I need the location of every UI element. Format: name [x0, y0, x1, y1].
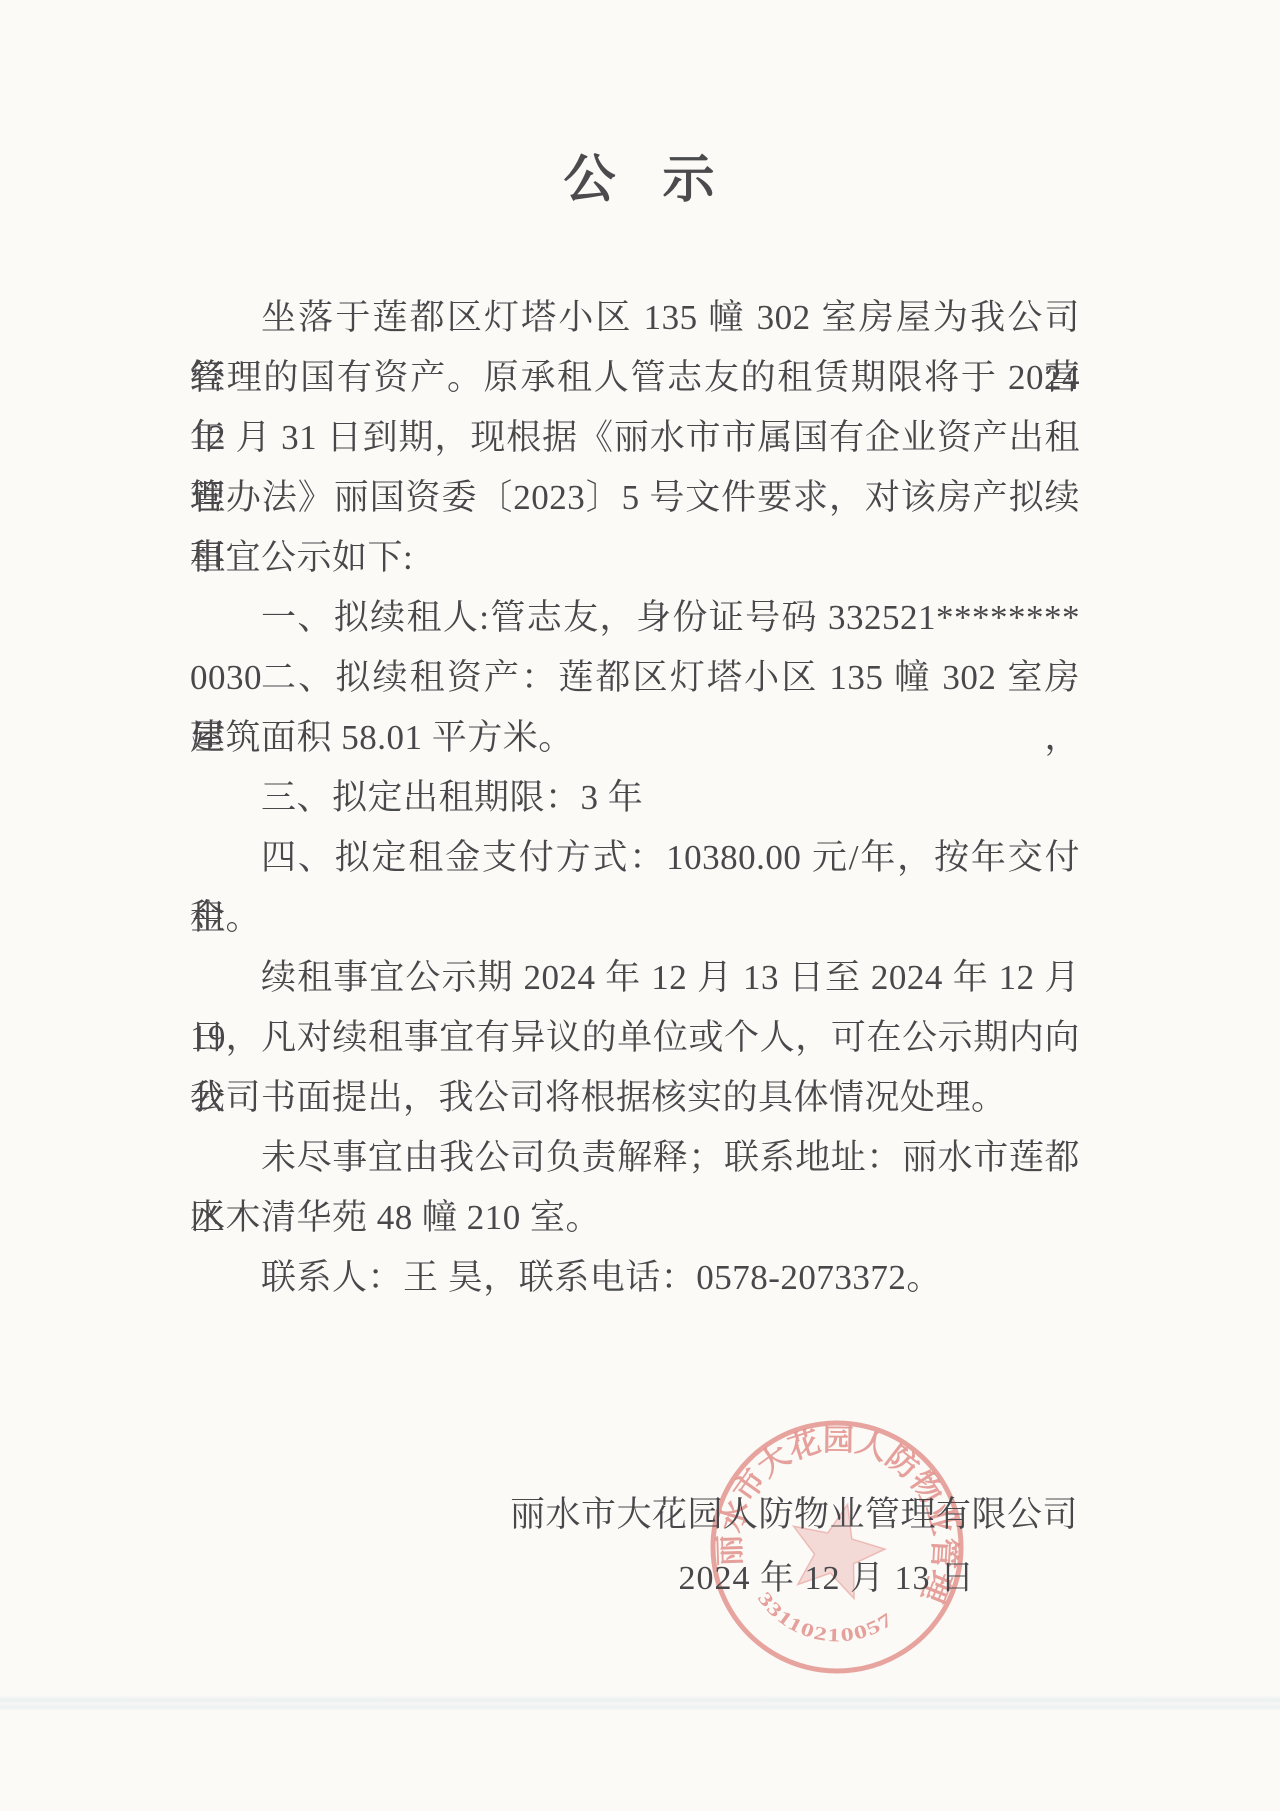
- scan-artifact-streak: [0, 1695, 1280, 1711]
- body-line: 事宜公示如下:: [190, 528, 1080, 588]
- body-line: 水木清华苑 48 幢 210 室。: [190, 1188, 1080, 1248]
- body-line: 日，凡对续租事宜有异议的单位或个人，可在公示期内向我: [190, 1008, 1080, 1068]
- signature-company: 丽水市大花园人防物业管理有限公司: [0, 1485, 1280, 1545]
- body-line: 坐落于莲都区灯塔小区 135 幢 302 室房屋为我公司经营: [190, 288, 1080, 348]
- body-line: 二、拟续租资产：莲都区灯塔小区 135 幢 302 室房屋，: [190, 648, 1080, 708]
- body-line: 四、拟定租金支付方式：10380.00 元/年，按年交付租: [190, 828, 1080, 888]
- body-line: 未尽事宜由我公司负责解释；联系地址：丽水市莲都区: [190, 1128, 1080, 1188]
- body-line: 公司书面提出，我公司将根据核实的具体情况处理。: [190, 1068, 1080, 1128]
- signature-date: 2024 年 12 月 13 日: [0, 1549, 1280, 1609]
- body-line: 金。: [190, 888, 1080, 948]
- body-line: 联系人：王 昊，联系电话：0578-2073372。: [190, 1248, 1080, 1308]
- page-title: 公 示: [0, 0, 1280, 212]
- body-line: 管理的国有资产。原承租人管志友的租赁期限将于 2024 年: [190, 348, 1080, 408]
- notice-page: 公 示 坐落于莲都区灯塔小区 135 幢 302 室房屋为我公司经营管理的国有资…: [0, 0, 1280, 1811]
- body-line: 续租事宜公示期 2024 年 12 月 13 日至 2024 年 12 月 19: [190, 948, 1080, 1008]
- body-line: 12 月 31 日到期，现根据《丽水市市属国有企业资产出租管: [190, 408, 1080, 468]
- body-line: 一、拟续租人:管志友，身份证号码 332521********0030: [190, 588, 1080, 648]
- body-line: 理办法》丽国资委〔2023〕5 号文件要求，对该房产拟续租: [190, 468, 1080, 528]
- notice-body: 坐落于莲都区灯塔小区 135 幢 302 室房屋为我公司经营管理的国有资产。原承…: [190, 288, 1080, 1308]
- signature-block: 丽水市大花园人防物业管理有限公司 2024 年 12 月 13 日: [0, 1485, 1280, 1609]
- body-line: 三、拟定出租期限：3 年: [190, 768, 1080, 828]
